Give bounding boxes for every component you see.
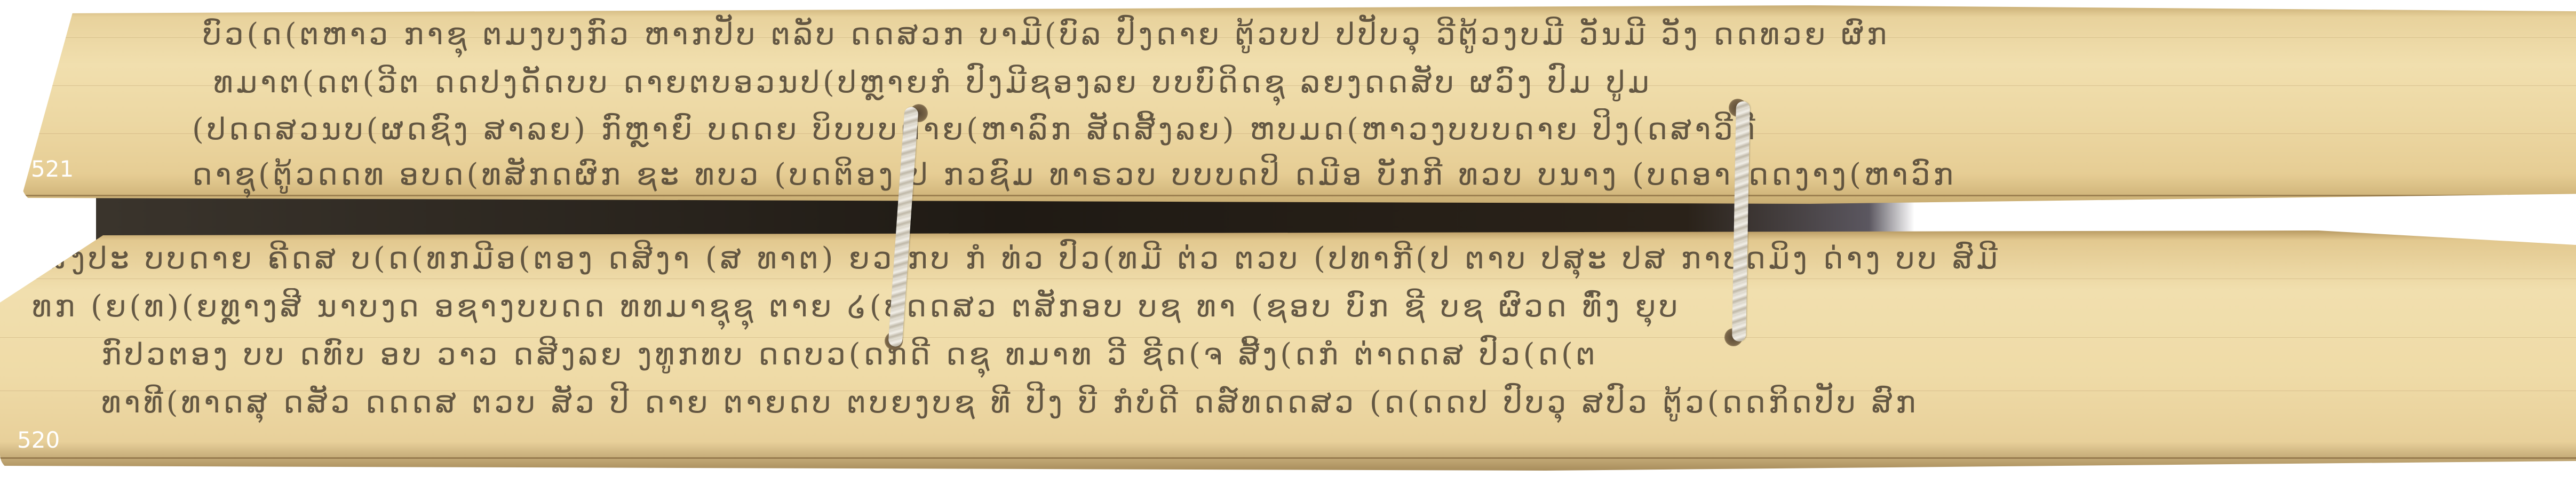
- script-line: (ປດດສວນບ(ຜດຊົງ ສາລຍ) ກົຫຼາຍົ ບດດຍ ບິບບບດ…: [192, 112, 1759, 147]
- leaf-grain: [0, 279, 2576, 279]
- script-line: ທກ (ຍ(ທ)(ຍທຼາງສີ ນາບງດ ອຊາງບບດດ ທທມາຊຸຊຸ…: [32, 289, 1681, 324]
- script-line: ທມາຕ(ດຕ(ວີຕ ດດປງດັດບບ ດາຍຕບອວນປ(ປຫຼາຍກໍ …: [213, 65, 1652, 100]
- palm-leaf-521: ບົວ(ດ(ຕຫາວ ກາຊຸ ຕມງບງກົວ ຫາກປັບ ຕລັບ ດດສ…: [21, 5, 2576, 204]
- script-line: ບົວ(ດ(ຕຫາວ ກາຊຸ ຕມງບງກົວ ຫາກປັບ ຕລັບ ດດສ…: [203, 17, 1890, 52]
- leaf-number-label: 520: [17, 427, 60, 453]
- script-line: ກົປວຕອງ ບບ ດທົບ ອບ ວາວ ດສີງລຍ ງທູກທບ ດດບ…: [101, 337, 1599, 372]
- script-line: ດາຊຸ(ຕູ້ວດດທ ອບດ(ທສັກດຜົກ ຊະ ທບວ (ບດຕິອງ…: [192, 157, 1957, 192]
- leaf-number-label: 521: [31, 156, 74, 182]
- leaf-edge: [21, 195, 2576, 196]
- script-line: ທາທີ(ທາດສຸ ດສັວ ດດດສ ຕວບ ສັວ ປີ ດາຍ ຕາຍດ…: [101, 385, 1919, 420]
- leaf-edge: [0, 457, 2576, 459]
- script-line: ເສົງປະ ບບດາຍ ຄີດສ ບ(ດ(ທກມີອ(ຕອງ ດສີງາ (ສ…: [32, 241, 2001, 276]
- palm-leaf-520: ເສົງປະ ບບດາຍ ຄີດສ ບ(ດ(ທກມີອ(ຕອງ ດສີງາ (ສ…: [0, 230, 2576, 471]
